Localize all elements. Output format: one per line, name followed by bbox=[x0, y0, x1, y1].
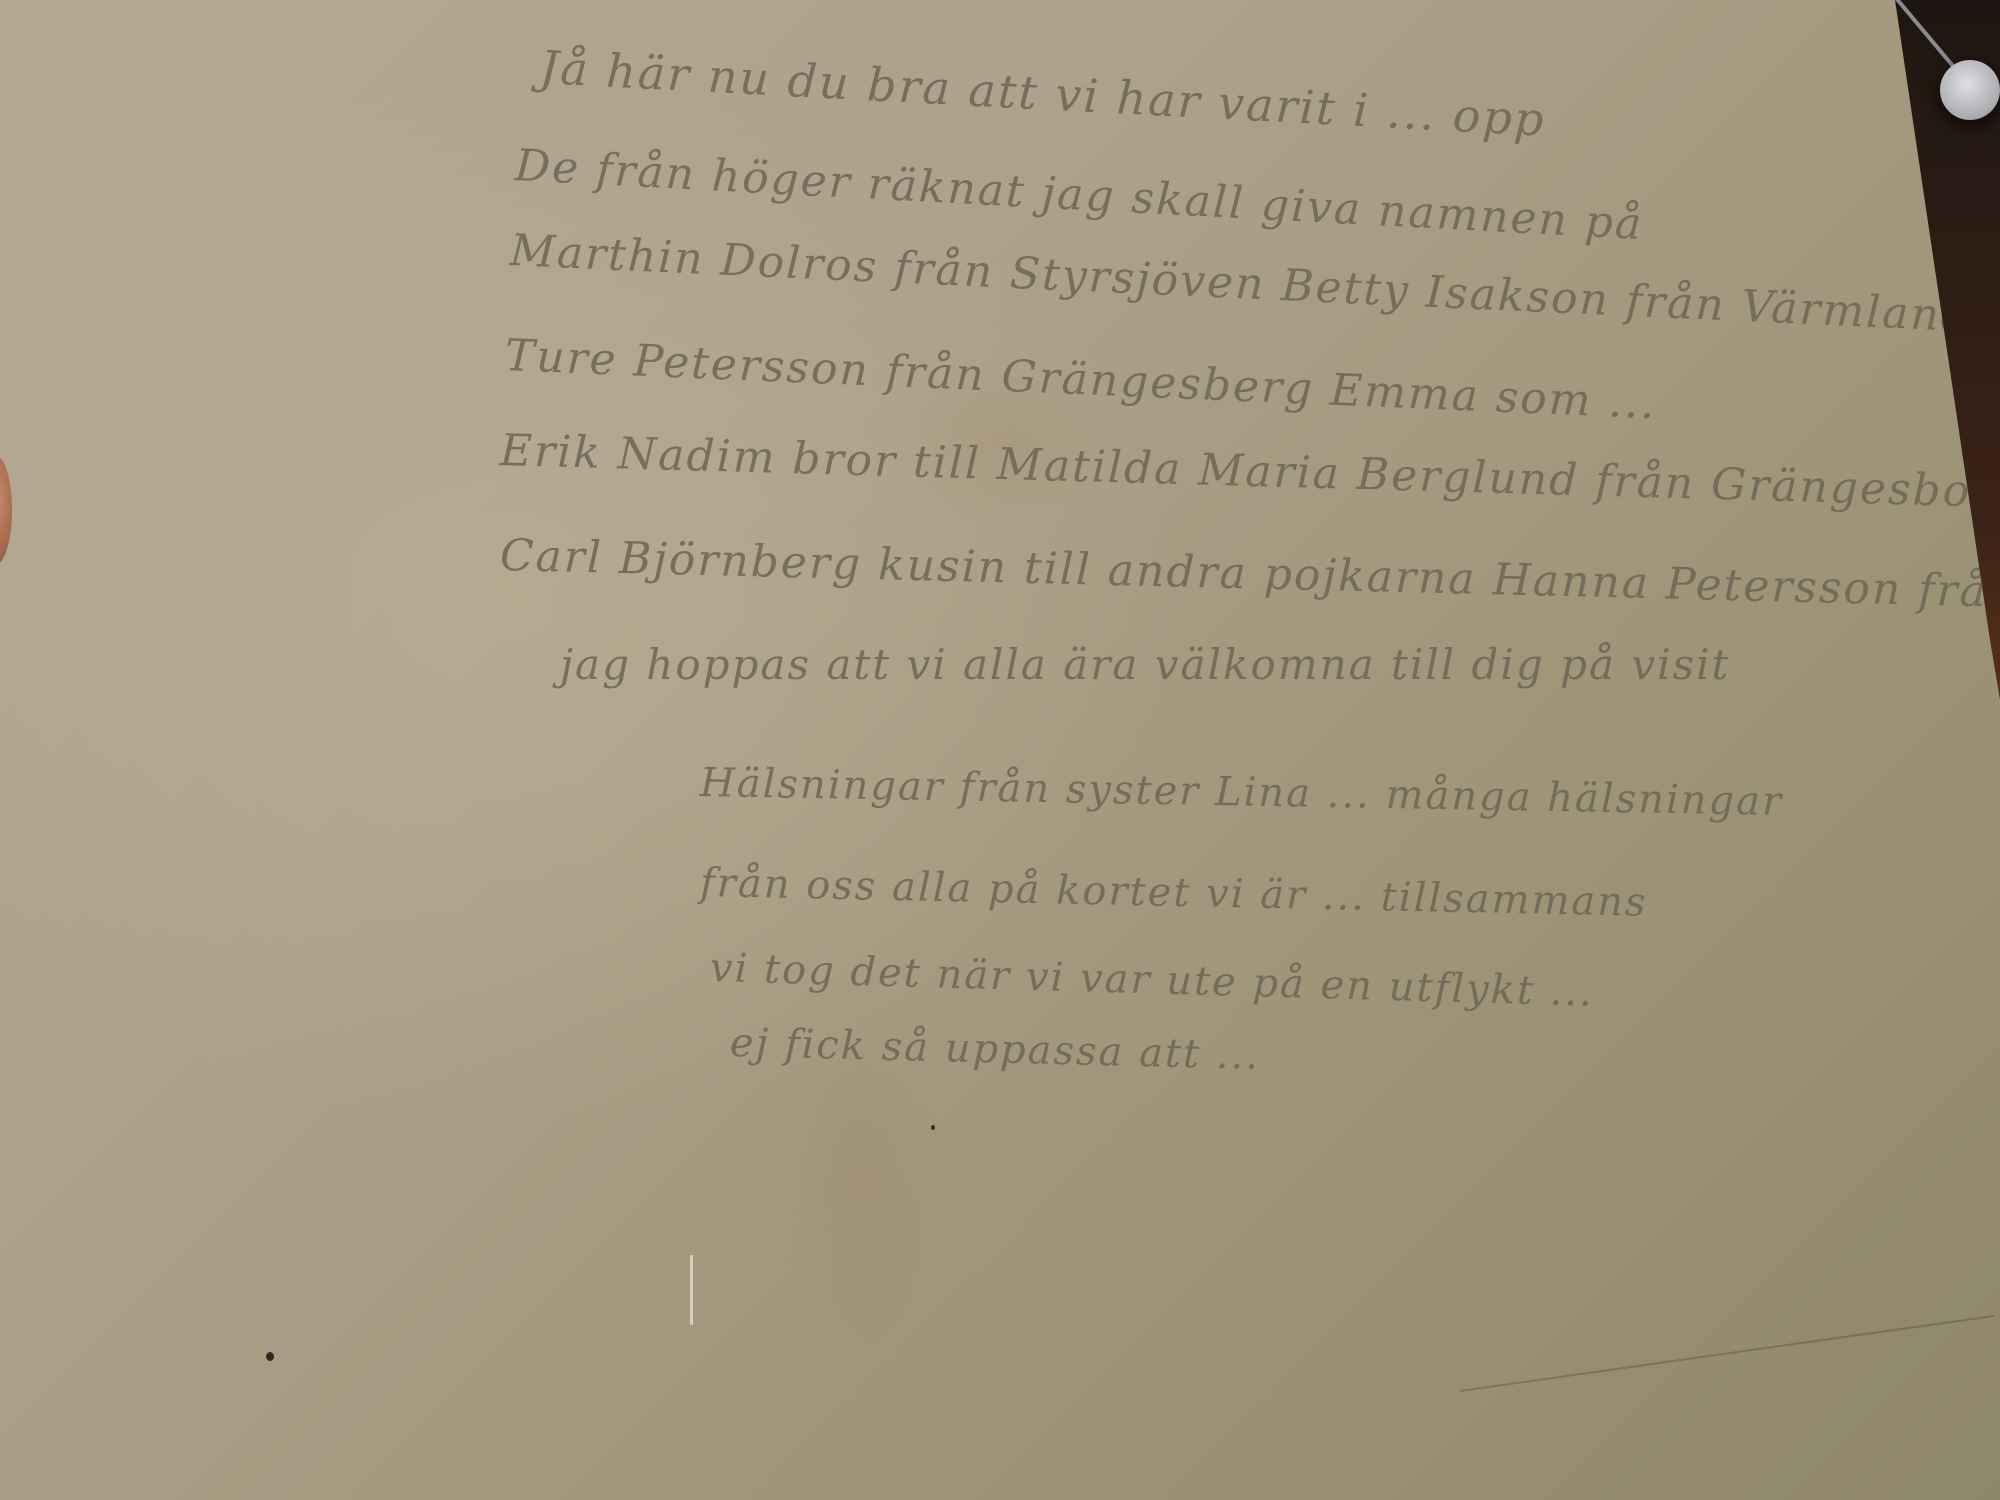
handwritten-line: Carl Björnberg kusin till andra pojkarna… bbox=[499, 530, 2000, 622]
paper-scratch bbox=[690, 1255, 693, 1325]
pin-head-icon bbox=[1940, 60, 2000, 120]
paper-speck bbox=[931, 1125, 935, 1130]
photo-scene: Jå här nu du bra att vi har varit i ... … bbox=[0, 0, 2000, 1500]
pin-shaft bbox=[1895, 0, 1956, 69]
handwritten-card: Jå här nu du bra att vi har varit i ... … bbox=[0, 0, 2000, 1500]
handwritten-line: ej fick så uppassa att ... bbox=[729, 1020, 1260, 1079]
handwritten-line: Erik Nadim bror till Matilda Maria Bergl… bbox=[499, 425, 1972, 517]
paper-speck bbox=[266, 1352, 274, 1361]
handwritten-line: från oss alla på kortet vi är ... tillsa… bbox=[700, 860, 1648, 926]
handwritten-line: jag hoppas att vi alla ära välkomna till… bbox=[560, 640, 1730, 689]
paper-crease bbox=[1460, 1315, 1995, 1392]
handwritten-line: Marthin Dolros från Styrsjöven Betty Isa… bbox=[509, 225, 2000, 347]
handwritten-line: Jå här nu du bra att vi har varit i ... … bbox=[539, 40, 1547, 147]
handwritten-line: vi tog det när vi var ute på en utflykt … bbox=[709, 945, 1594, 1016]
handwritten-line: Hälsningar från syster Lina ... många hä… bbox=[700, 760, 1784, 825]
handwritten-line: Ture Petersson från Grängesberg Emma som… bbox=[504, 330, 1658, 429]
